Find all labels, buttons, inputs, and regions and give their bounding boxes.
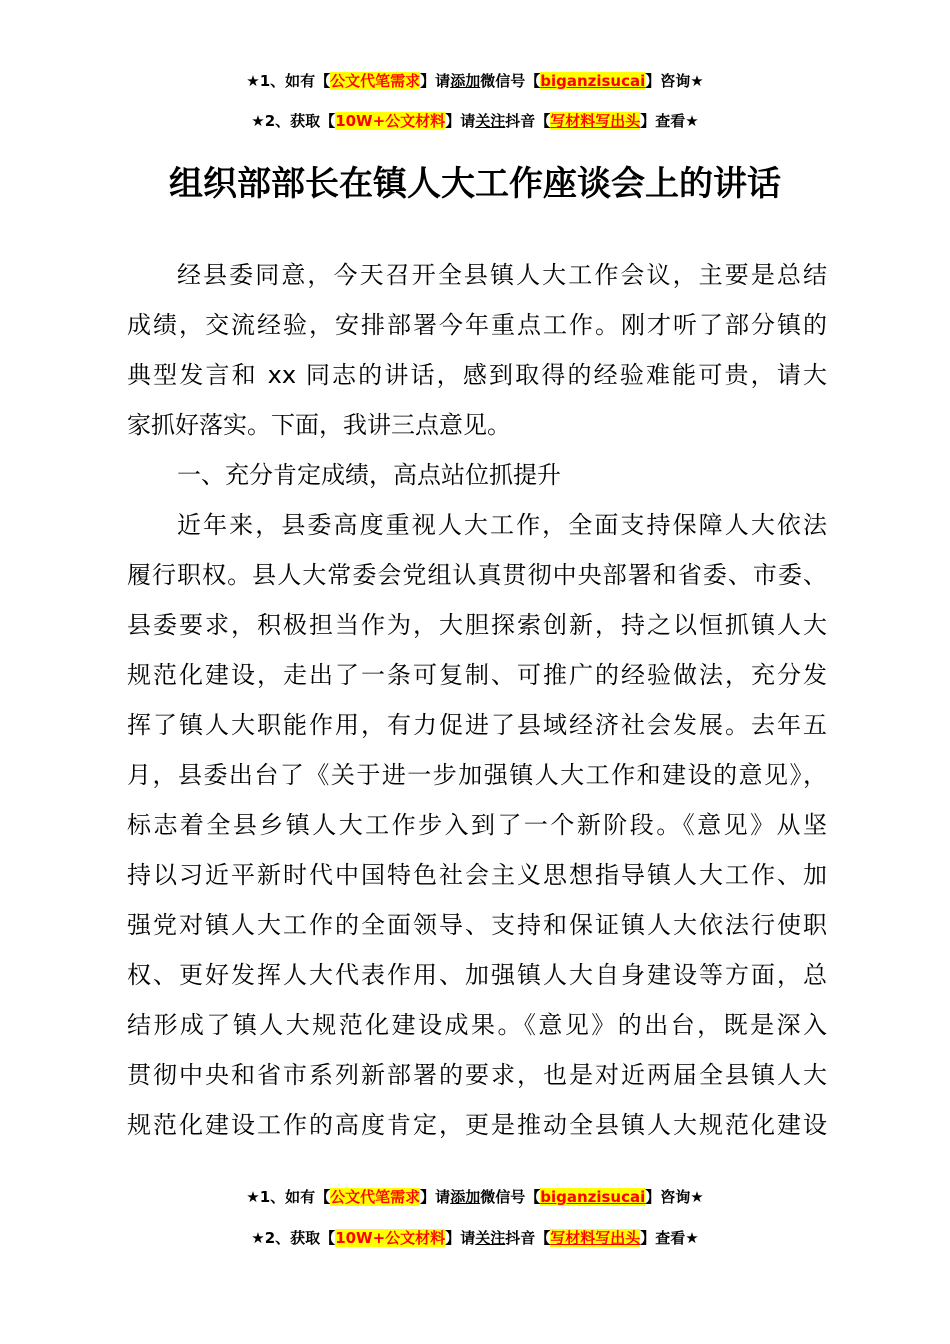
body-line: 挥了镇人大职能作用，有力促进了县域经济社会发展。去年五: [127, 700, 827, 750]
banner-text: 】咨询★: [645, 1188, 703, 1206]
banner-text: ★2、获取【: [251, 112, 335, 130]
body-line: 标志着全县乡镇人大工作步入到了一个新阶段。《意见》从坚: [127, 800, 827, 850]
banner-text: 微信号【: [480, 72, 540, 90]
douyin-account-link[interactable]: 写材料写出头: [550, 112, 640, 130]
banner-text: 】请: [445, 112, 475, 130]
body-line: 近年来，县委高度重视人大工作，全面支持保障人大依法: [127, 500, 827, 550]
body-line: 经县委同意，今天召开全县镇人大工作会议，主要是总结: [127, 250, 827, 300]
underlined-follow: 关注: [475, 1229, 505, 1247]
body-line: 强党对镇人大工作的全面领导、支持和保证镇人大依法行使职: [127, 900, 827, 950]
section-heading: 一、充分肯定成绩，高点站位抓提升: [127, 450, 827, 500]
body-line: 规范化建设工作的高度肯定，更是推动全县镇人大规范化建设: [127, 1100, 827, 1150]
body-line: 权、更好发挥人大代表作用、加强镇人大自身建设等方面，总: [127, 950, 827, 1000]
banner-text: 】查看★: [640, 112, 698, 130]
highlight-materials: 10W+公文材料: [335, 1229, 445, 1247]
banner-text: 】请: [445, 1229, 475, 1247]
banner-text: 抖音【: [505, 112, 550, 130]
body-line: 结形成了镇人大规范化建设成果。《意见》的出台，既是深入: [127, 1000, 827, 1050]
wechat-id-link[interactable]: biganzisucai: [540, 1188, 645, 1206]
body-line: 典型发言和 xx 同志的讲话，感到取得的经验难能可贵，请大: [127, 350, 827, 400]
body-line: 贯彻中央和省市系列新部署的要求，也是对近两届全县镇人大: [127, 1050, 827, 1100]
document-title: 组织部部长在镇人大工作座谈会上的讲话: [0, 162, 950, 206]
body-line: 规范化建设，走出了一条可复制、可推广的经验做法，充分发: [127, 650, 827, 700]
body-line: 月，县委出台了《关于进一步加强镇人大工作和建设的意见》，: [127, 750, 827, 800]
banner-text: 抖音【: [505, 1229, 550, 1247]
header-banner-line-1: ★1、如有【公文代笔需求】请添加微信号【biganzisucai】咨询★: [0, 71, 950, 91]
body-line: 成绩，交流经验，安排部署今年重点工作。刚才听了部分镇的: [127, 300, 827, 350]
banner-text: ★2、获取【: [251, 1229, 335, 1247]
header-banner-line-2: ★2、获取【10W+公文材料】请关注抖音【写材料写出头】查看★: [0, 111, 950, 131]
banner-text: 】查看★: [640, 1229, 698, 1247]
wechat-id-link[interactable]: biganzisucai: [540, 72, 645, 90]
body-line: 持以习近平新时代中国特色社会主义思想指导镇人大工作、加: [127, 850, 827, 900]
footer-banner-line-2: ★2、获取【10W+公文材料】请关注抖音【写材料写出头】查看★: [0, 1228, 950, 1248]
highlight-ghostwriting: 公文代笔需求: [330, 72, 420, 90]
banner-text: 】咨询★: [645, 72, 703, 90]
document-body: 经县委同意，今天召开全县镇人大工作会议，主要是总结 成绩，交流经验，安排部署今年…: [127, 250, 827, 1150]
highlight-materials: 10W+公文材料: [335, 112, 445, 130]
footer-banner-line-1: ★1、如有【公文代笔需求】请添加微信号【biganzisucai】咨询★: [0, 1187, 950, 1207]
body-line: 履行职权。县人大常委会党组认真贯彻中央部署和省委、市委、: [127, 550, 827, 600]
banner-text: 】请: [420, 1188, 450, 1206]
douyin-account-link[interactable]: 写材料写出头: [550, 1229, 640, 1247]
banner-text: 微信号【: [480, 1188, 540, 1206]
underlined-add: 添加: [450, 1188, 480, 1206]
banner-text: ★1、如有【: [246, 72, 330, 90]
body-line: 县委要求，积极担当作为，大胆探索创新，持之以恒抓镇人大: [127, 600, 827, 650]
highlight-ghostwriting: 公文代笔需求: [330, 1188, 420, 1206]
body-line: 家抓好落实。下面，我讲三点意见。: [127, 400, 827, 450]
underlined-follow: 关注: [475, 112, 505, 130]
underlined-add: 添加: [450, 72, 480, 90]
banner-text: 】请: [420, 72, 450, 90]
banner-text: ★1、如有【: [246, 1188, 330, 1206]
